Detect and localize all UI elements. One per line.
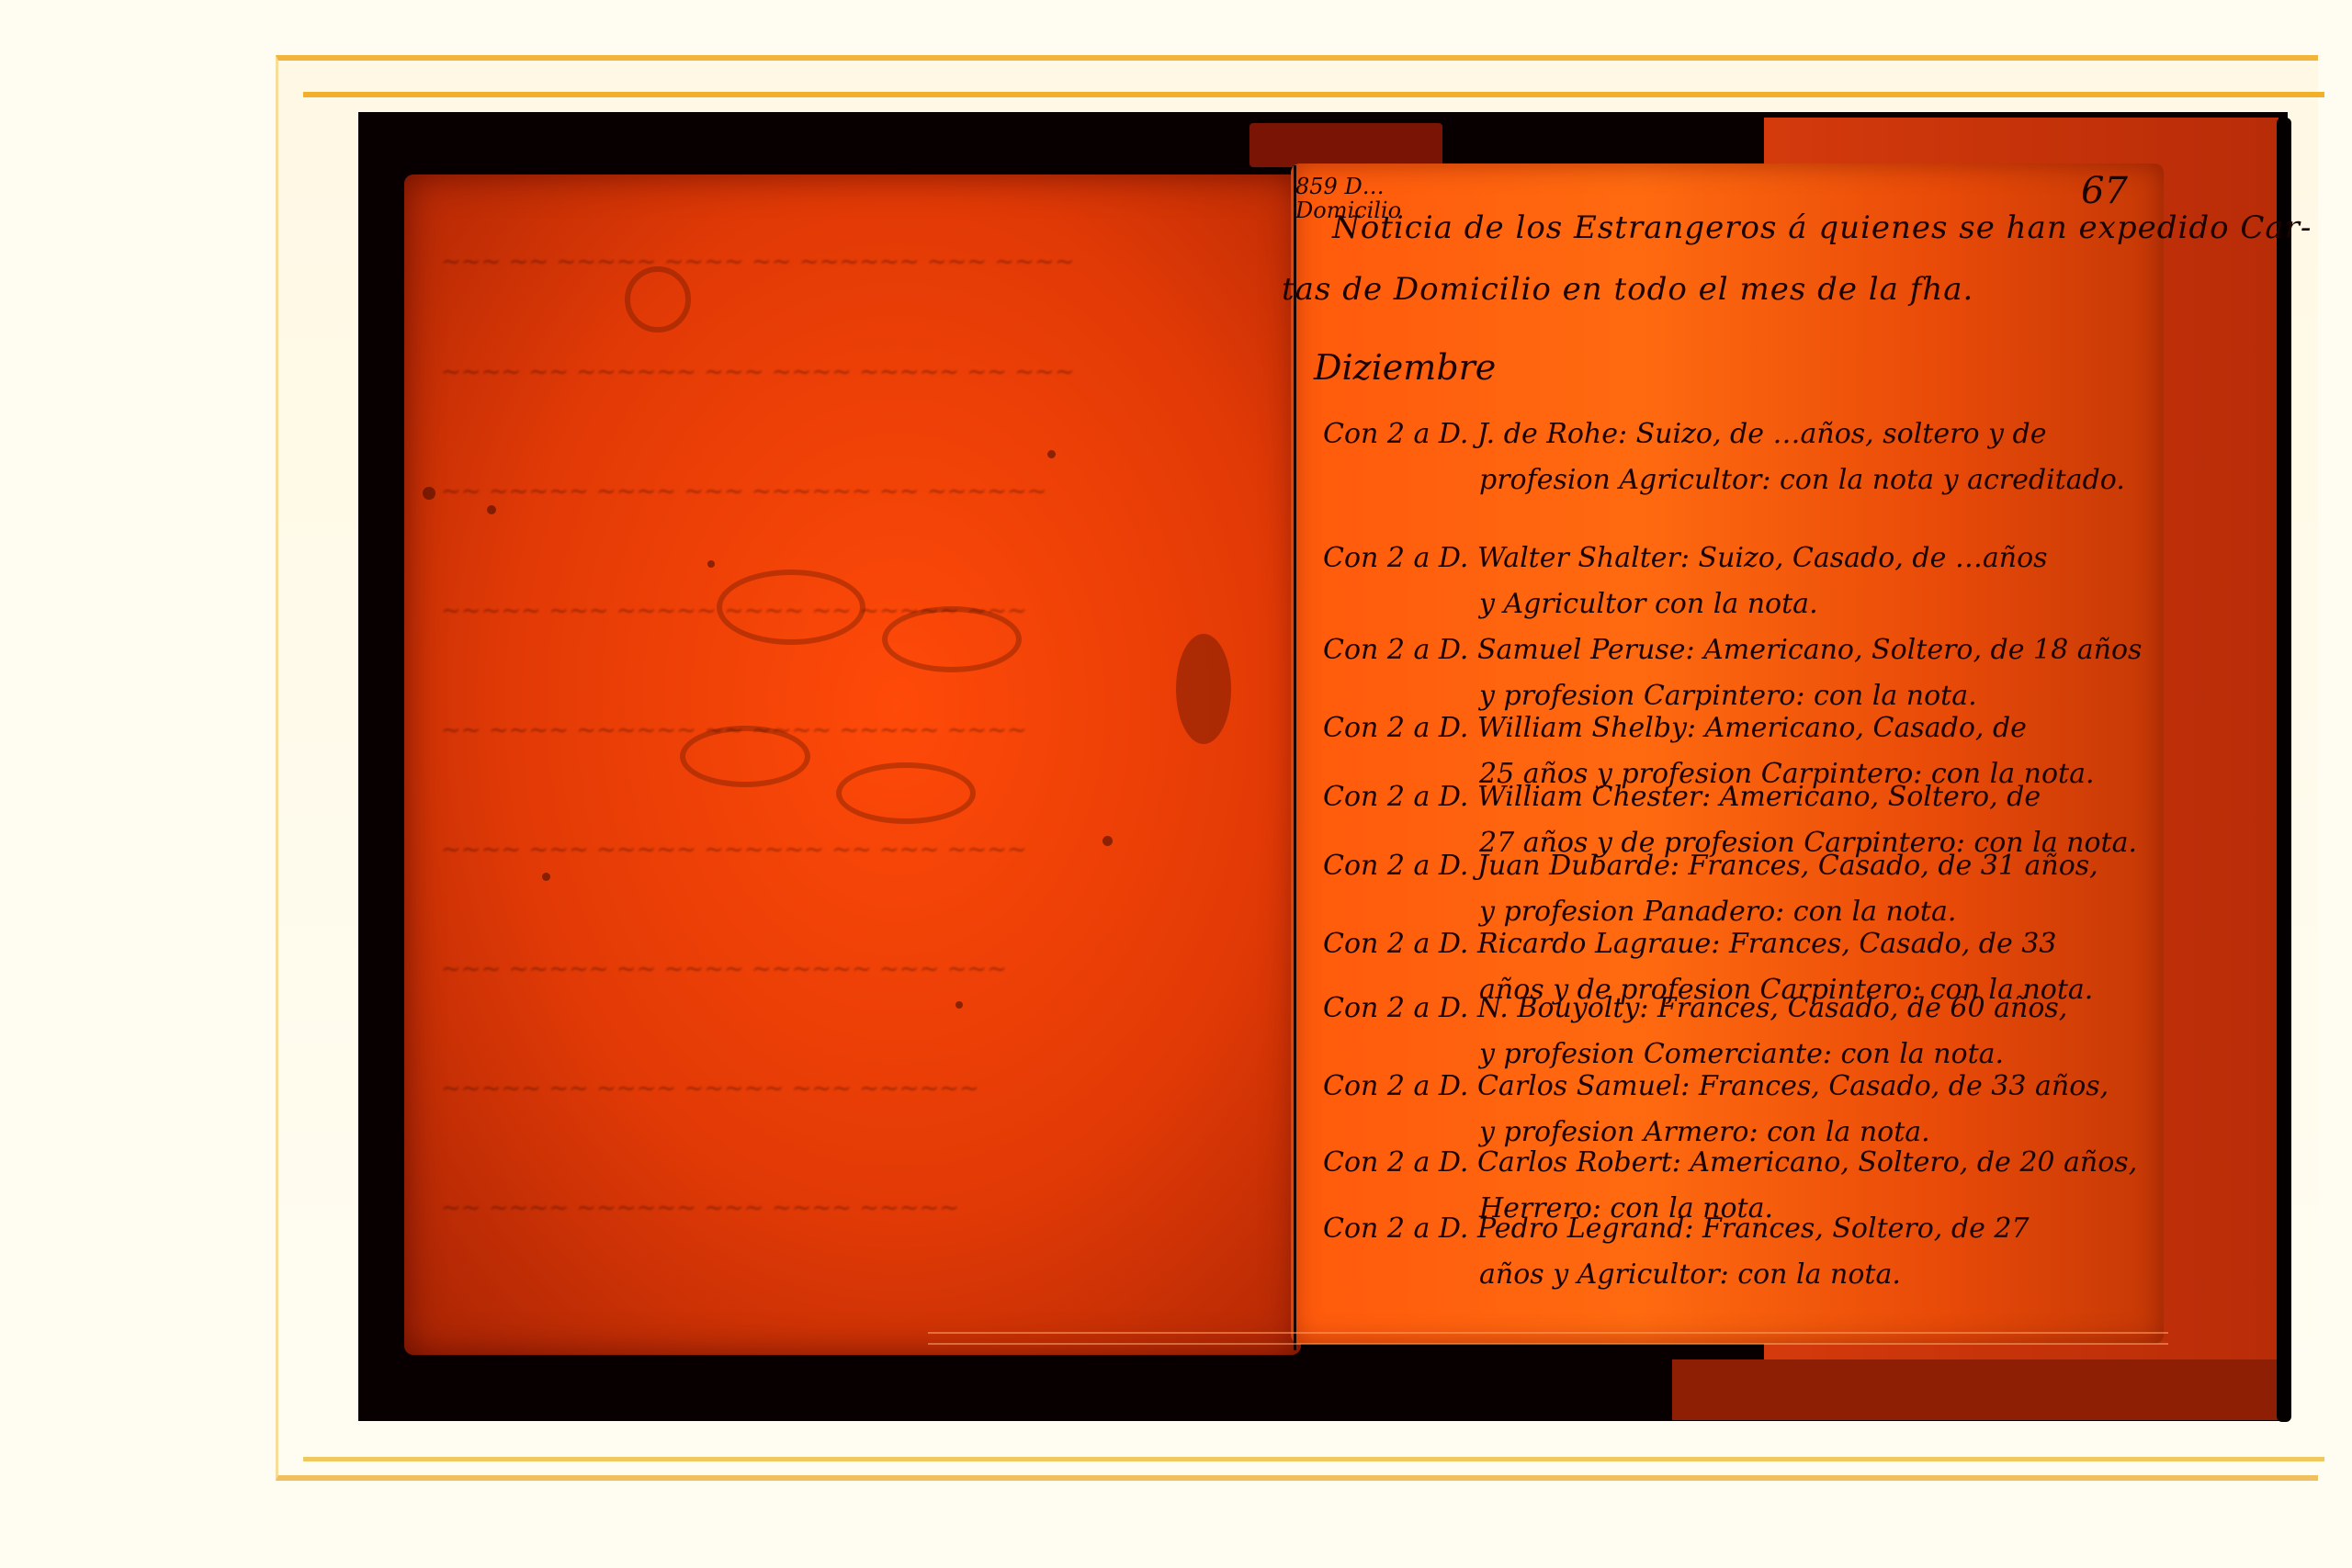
margin-reference-line: 859 D… [1295,175,1401,198]
entry-line: y profesion Armero: con la nota. [1479,1116,1930,1148]
bleed-through-text: ~~ ~~~~ ~~~~~~ ~~ ~~~~ ~~~~~ ~~~~ [441,716,1027,744]
entry-line: Con 2 a D. J. de Rohe: Suizo, de …años, … [1323,418,2047,450]
entry-line: Con 2 a D. N. Bouyolty: Frances, Casado,… [1323,992,2067,1024]
entry-line: y profesion Comerciante: con la nota. [1479,1038,2004,1070]
entry-line: profesion Agricultor: con la nota y acre… [1479,464,2125,496]
entry-line: Con 2 a D. William Shelby: Americano, Ca… [1323,712,2027,744]
stain [1176,634,1231,744]
bleed-through-text: ~~~~~ ~~~ ~~~~~ ~~~~ ~~ ~~~~~ ~~~ [441,597,1027,625]
entry-line: Con 2 a D. Pedro Legrand: Frances, Solte… [1323,1213,2030,1245]
entry-line: Con 2 a D. Ricardo Lagraue: Frances, Cas… [1323,928,2056,960]
left-page: ~~~ ~~ ~~~~~ ~~~~ ~~ ~~~~~~ ~~~ ~~~~ ~~~… [404,175,1301,1355]
entry-line: Con 2 a D. William Chester: Americano, S… [1323,781,2041,813]
fold-line [928,1343,2168,1345]
page-gutter-line [1294,165,1296,1350]
frame-right-edge [2277,118,2291,1422]
entry-line: Con 2 a D. Samuel Peruse: Americano, Sol… [1323,634,2142,666]
bleed-through-text: ~~~ ~~~~~ ~~ ~~~~ ~~~~~~ ~~~ ~~~ [441,955,1007,983]
stain [955,1001,963,1009]
folio-number: 67 [2081,170,2128,212]
bleed-through-text: ~~ ~~~~ ~~~~~~ ~~~ ~~~~ ~~~~~ [441,1194,959,1222]
document-title-line-2: tas de Domicilio en todo el mes de la fh… [1282,271,1973,308]
document-title-line-1: Noticia de los Estrangeros á quienes se … [1332,209,2312,246]
entry-line: Con 2 a D. Carlos Robert: Americano, Sol… [1323,1146,2137,1179]
fold-line [928,1332,2168,1334]
bleed-through-flourish [836,762,976,824]
stain [423,487,435,500]
entry-line: Con 2 a D. Walter Shalter: Suizo, Casado… [1323,542,2048,574]
bleed-through-text: ~~~ ~~ ~~~~~ ~~~~ ~~ ~~~~~~ ~~~ ~~~~ [441,248,1075,276]
entry-line: y profesion Panadero: con la nota. [1479,896,1956,928]
binding-tab [1249,123,1442,167]
frame-bottom-right [1672,1359,2278,1420]
stain [487,505,496,514]
month-heading: Diziembre [1314,347,1496,388]
bleed-through-text: ~~~~~ ~~ ~~~~ ~~~~~ ~~~ ~~~~~~ [441,1075,979,1102]
entry-line: Con 2 a D. Carlos Samuel: Frances, Casad… [1323,1070,2109,1102]
stain [1047,450,1056,458]
bleed-through-text: ~~ ~~~~~ ~~~~ ~~~ ~~~~~~ ~~ ~~~~~~ [441,478,1047,505]
stain [1102,836,1113,846]
bleed-through-text: ~~~~ ~~ ~~~~~~ ~~~ ~~~~ ~~~~~ ~~ ~~~ [441,358,1075,386]
entry-line: Con 2 a D. Juan Dubarde: Frances, Casado… [1323,850,2098,882]
entry-line: y profesion Carpintero: con la nota. [1479,680,1977,712]
entry-line: y Agricultor con la nota. [1479,588,1818,620]
bleed-through-flourish [625,266,691,333]
stain [707,560,715,568]
entry-line: años y Agricultor: con la nota. [1479,1258,1901,1291]
bleed-through-text: ~~~~ ~~~ ~~~~~ ~~~~~~ ~~ ~~~ ~~~~ [441,836,1027,863]
stain [542,873,550,881]
